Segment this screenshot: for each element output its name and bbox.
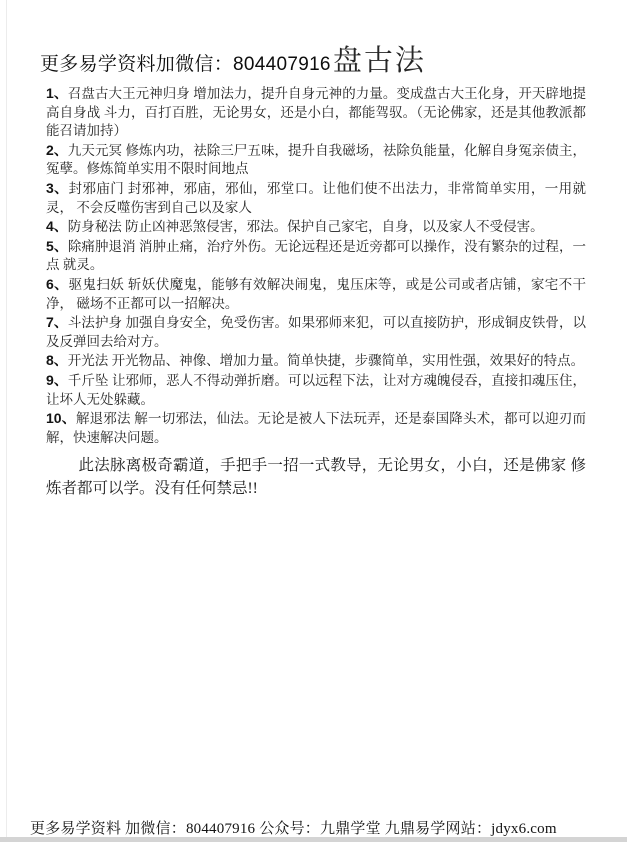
document-body: 1、召盘古大王元神归身 增加法力，提升自身元神的力量。变成盘古大王化身，开天辟地… (46, 84, 586, 500)
list-item-text: 解退邪法 解一切邪法，仙法。无论是被人下法玩弄，还是泰国降头术，都可以迎刃而解，… (46, 411, 586, 445)
list-item-number: 2、 (46, 142, 68, 158)
list-item-text: 开光法 开光物品、神像、增加力量。简单快捷，步骤简单，实用性强，效果好的特点。 (68, 353, 584, 368)
footer-text: 更多易学资料 加微信：804407916 公众号：九鼎学堂 九鼎易学网站：jdy… (30, 817, 610, 838)
list-item-number: 6、 (46, 276, 69, 292)
list-item: 10、解退邪法 解一切邪法，仙法。无论是被人下法玩弄，还是泰国降头术，都可以迎刃… (46, 409, 586, 447)
list-item-number: 9、 (46, 372, 68, 388)
page-title: 盘古法 (333, 38, 426, 79)
list-item: 8、开光法 开光物品、神像、增加力量。简单快捷，步骤简单，实用性强，效果好的特点… (46, 351, 586, 371)
list-item-text: 九天元冥 修炼内功，祛除三尸五味，提升自我磁场，祛除负能量，化解自身冤亲债主， … (46, 143, 586, 177)
list-item-number: 8、 (46, 352, 68, 368)
list-item-number: 10、 (46, 410, 76, 426)
bottom-edge-bar (0, 837, 627, 842)
list-item: 9、千斤坠 让邪师，恶人不得动弹折磨。可以远程下法，让对方魂魄侵吞，直接扣魂压住… (46, 371, 586, 409)
list-item: 6、驱鬼扫妖 斩妖伏魔鬼，能够有效解决闹鬼，鬼压床等，或是公司或者店铺，家宅不干… (46, 275, 586, 313)
list-item: 4、防身秘法 防止凶神恶煞侵害，邪法。保护自己家宅，自身，以及家人不受侵害。 (46, 217, 586, 237)
list-item-text: 防身秘法 防止凶神恶煞侵害，邪法。保护自己家宅，自身，以及家人不受侵害。 (68, 219, 544, 234)
list-item-number: 5、 (46, 238, 68, 254)
document-page: 更多易学资料加微信：804407916 盘古法 1、召盘古大王元神归身 增加法力… (0, 0, 627, 842)
list-item: 7、斗法护身 加强自身安全，免受伤害。如果邪师来犯，可以直接防护，形成铜皮铁骨，… (46, 313, 586, 351)
list-item-text: 驱鬼扫妖 斩妖伏魔鬼，能够有效解决闹鬼，鬼压床等，或是公司或者店铺，家宅不干净，… (46, 277, 586, 311)
list-item-text: 斗法护身 加强自身安全，免受伤害。如果邪师来犯，可以直接防护，形成铜皮铁骨，以 … (46, 315, 586, 349)
list-item: 5、除痛肿退消 消肿止痛，治疗外伤。无论远程还是近旁都可以操作，没有繁杂的过程，… (46, 237, 586, 275)
list-item: 3、封邪庙门 封邪神，邪庙，邪仙，邪堂口。让他们使不出法力，非常简单实用，一用就… (46, 179, 586, 217)
list-item-text: 封邪庙门 封邪神，邪庙，邪仙，邪堂口。让他们使不出法力，非常简单实用，一用就灵，… (46, 181, 586, 215)
list-item: 2、九天元冥 修炼内功，祛除三尸五味，提升自我磁场，祛除负能量，化解自身冤亲债主… (46, 141, 586, 179)
list-item-number: 1、 (46, 85, 68, 101)
list-item-number: 7、 (46, 314, 68, 330)
list-item-text: 除痛肿退消 消肿止痛，治疗外伤。无论远程还是近旁都可以操作，没有繁杂的过程，一点… (46, 239, 586, 273)
closing-paragraph: 此法脉离极奇霸道，手把手一招一式教导，无论男女，小白，还是佛家 修炼者都可以学。… (46, 455, 586, 500)
document-header: 更多易学资料加微信：804407916 盘古法 (40, 38, 426, 79)
page-left-edge-line (6, 0, 7, 837)
list-item-number: 3、 (46, 180, 69, 196)
list-item-text: 召盘古大王元神归身 增加法力，提升自身元神的力量。变成盘古大王化身，开天辟地提高… (46, 86, 586, 138)
list-item-number: 4、 (46, 218, 68, 234)
list-item-text: 千斤坠 让邪师，恶人不得动弹折磨。可以远程下法，让对方魂魄侵吞，直接扣魂压住， … (46, 373, 586, 407)
header-promo-text: 更多易学资料加微信：804407916 (40, 49, 331, 76)
list-item: 1、召盘古大王元神归身 增加法力，提升自身元神的力量。变成盘古大王化身，开天辟地… (46, 84, 586, 141)
